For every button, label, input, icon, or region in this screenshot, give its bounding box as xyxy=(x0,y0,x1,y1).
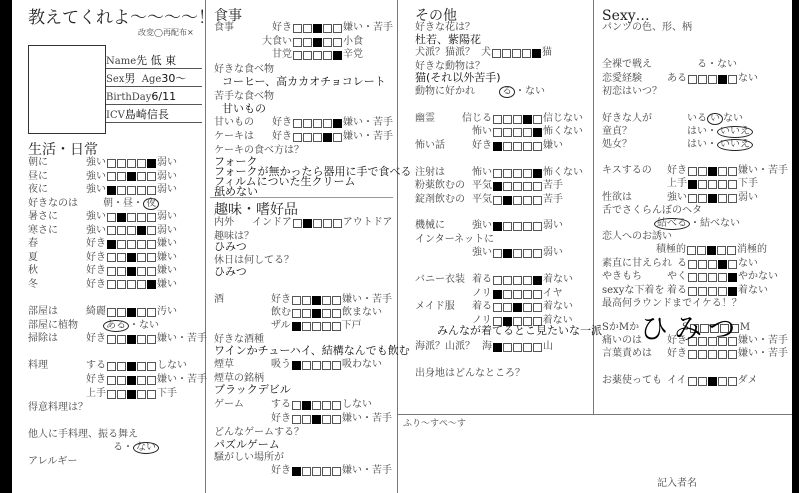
scale-checkbox-2[interactable] xyxy=(302,467,311,476)
scale-checkbox-1[interactable] xyxy=(107,280,116,289)
brand-value: ブラックデビル xyxy=(214,384,291,396)
jealous-label: やきもち xyxy=(602,271,642,283)
scale-checkbox-4[interactable] xyxy=(323,133,332,142)
scale-checkbox-1[interactable] xyxy=(107,308,116,317)
scale-checkbox-2[interactable] xyxy=(117,362,126,371)
scale-checkbox-5[interactable] xyxy=(147,308,156,317)
scale-checkbox-1[interactable] xyxy=(493,290,502,299)
scale-checkbox-1[interactable] xyxy=(107,226,116,235)
option-text: ・結べない xyxy=(690,218,740,229)
honest-label: 素直に甘えられ xyxy=(602,258,672,270)
scale-checkbox-2[interactable] xyxy=(503,276,512,285)
scale-checkbox-1[interactable] xyxy=(493,115,502,124)
scale-checkbox-3[interactable] xyxy=(513,343,522,352)
scale-checkbox-2[interactable] xyxy=(698,273,707,282)
circled-option[interactable]: る xyxy=(499,86,515,98)
scale-checkbox-4[interactable] xyxy=(322,296,331,305)
scale-checkbox-3[interactable] xyxy=(708,273,717,282)
scale-checkbox-2[interactable] xyxy=(503,290,512,299)
scale-checkbox-5[interactable] xyxy=(727,246,736,255)
scale-checkbox-3[interactable] xyxy=(708,194,717,203)
scale-checkbox-5[interactable] xyxy=(728,260,737,269)
scale-checkbox-1[interactable] xyxy=(107,390,116,399)
scale-checkbox-4[interactable] xyxy=(137,159,146,168)
scale-checkbox-5[interactable] xyxy=(333,133,342,142)
scale-checkbox-3[interactable] xyxy=(708,180,717,189)
scale-checkbox-2[interactable] xyxy=(302,415,311,424)
scale-checkbox-1[interactable] xyxy=(688,260,697,269)
scale-checkbox-1[interactable] xyxy=(293,133,302,142)
scale-checkbox-2[interactable] xyxy=(117,172,126,181)
scale-checkbox-4[interactable] xyxy=(523,249,532,258)
scale-checkbox-5[interactable] xyxy=(332,401,341,410)
scale-boxes xyxy=(293,119,342,128)
scale-checkbox-1[interactable] xyxy=(688,180,697,189)
scale-checkbox-5[interactable] xyxy=(147,335,156,344)
scale-checkbox-2[interactable] xyxy=(503,303,512,312)
scale-checkbox-4[interactable] xyxy=(523,128,532,137)
scale-checkbox-2[interactable] xyxy=(117,186,126,195)
scale-checkbox-2[interactable] xyxy=(302,361,311,370)
scale-checkbox-2[interactable] xyxy=(503,343,512,352)
scale-checkbox-5[interactable] xyxy=(728,180,737,189)
scale-checkbox-1[interactable] xyxy=(107,335,116,344)
scale-checkbox-3[interactable] xyxy=(127,362,136,371)
scale-checkbox-4[interactable] xyxy=(137,335,146,344)
cleaning-label: 掃除は xyxy=(28,333,58,345)
circled-option[interactable]: いいえ xyxy=(717,139,753,151)
lingerie-scale: 着る着ない xyxy=(667,285,768,297)
scale-checkbox-4[interactable] xyxy=(322,415,331,424)
scale-checkbox-1[interactable] xyxy=(107,376,116,385)
scale-checkbox-2[interactable] xyxy=(698,180,707,189)
scale-checkbox-5[interactable] xyxy=(728,75,737,84)
scale-checkbox-5[interactable] xyxy=(533,128,542,137)
scale-checkbox-4[interactable] xyxy=(323,24,332,33)
scale-checkbox-3[interactable] xyxy=(312,401,321,410)
scale-checkbox-1[interactable] xyxy=(688,194,697,203)
scale-checkbox-3[interactable] xyxy=(708,377,717,386)
scale-checkbox-4[interactable] xyxy=(523,182,532,191)
scale-checkbox-1[interactable] xyxy=(688,75,697,84)
scale-checkbox-1[interactable] xyxy=(107,213,116,222)
scale-checkbox-1[interactable] xyxy=(107,253,116,262)
scale-checkbox-3[interactable] xyxy=(512,49,521,58)
scale-left-label: 好き xyxy=(667,165,687,177)
scale-checkbox-3[interactable] xyxy=(513,128,522,137)
scale-checkbox-4[interactable] xyxy=(523,196,532,205)
scale-checkbox-2[interactable] xyxy=(302,322,311,331)
scale-checkbox-5[interactable] xyxy=(147,240,156,249)
scale-checkbox-2[interactable] xyxy=(117,335,126,344)
scale-checkbox-1[interactable] xyxy=(688,167,697,176)
scale-checkbox-4[interactable] xyxy=(718,287,727,296)
scale-checkbox-4[interactable] xyxy=(322,401,331,410)
circled-option[interactable]: 夜 xyxy=(143,198,159,210)
circled-option[interactable]: ない xyxy=(133,442,159,454)
scale-checkbox-1[interactable] xyxy=(493,142,502,151)
scale-checkbox-3[interactable] xyxy=(127,172,136,181)
scale-checkbox-3[interactable] xyxy=(127,186,136,195)
scale-checkbox-5[interactable] xyxy=(728,350,737,359)
scale-checkbox-5[interactable] xyxy=(333,24,342,33)
injection-label: 注射は xyxy=(415,167,445,179)
scale-left-label: 好き xyxy=(271,294,291,306)
scale-checkbox-4[interactable] xyxy=(523,290,532,299)
scale-checkbox-1[interactable] xyxy=(688,350,697,359)
scale-checkbox-3[interactable] xyxy=(127,280,136,289)
life-scale: 好き嫌い xyxy=(86,279,177,291)
scale-checkbox-5[interactable] xyxy=(332,467,341,476)
scale-checkbox-2[interactable] xyxy=(698,194,707,203)
scale-checkbox-3[interactable] xyxy=(312,296,321,305)
scale-checkbox-1[interactable] xyxy=(107,172,116,181)
scale-checkbox-5[interactable] xyxy=(332,415,341,424)
scale-checkbox-5[interactable] xyxy=(533,196,542,205)
scale-checkbox-3[interactable] xyxy=(708,287,717,296)
scale-checkbox-1[interactable] xyxy=(293,119,302,128)
scale-checkbox-1[interactable] xyxy=(292,415,301,424)
scale-left-label: 好き xyxy=(271,465,291,477)
scale-checkbox-5[interactable] xyxy=(147,213,156,222)
scale-checkbox-3[interactable] xyxy=(513,142,522,151)
scale-checkbox-4[interactable] xyxy=(718,350,727,359)
scale-checkbox-4[interactable] xyxy=(523,169,532,178)
scale-checkbox-4[interactable] xyxy=(137,226,146,235)
scale-checkbox-5[interactable] xyxy=(332,361,341,370)
scale-checkbox-1[interactable] xyxy=(687,246,696,255)
scale-checkbox-1[interactable] xyxy=(688,273,697,282)
scale-checkbox-3[interactable] xyxy=(127,308,136,317)
scale-checkbox-2[interactable] xyxy=(503,128,512,137)
scale-checkbox-1[interactable] xyxy=(492,49,501,58)
scale-checkbox-3[interactable] xyxy=(513,196,522,205)
scale-checkbox-2[interactable] xyxy=(503,182,512,191)
cooking-scale: 上手下手 xyxy=(86,388,177,400)
scale-checkbox-4[interactable] xyxy=(523,303,532,312)
scale-checkbox-5[interactable] xyxy=(333,38,342,47)
scale-checkbox-4[interactable] xyxy=(137,172,146,181)
scale-boxes xyxy=(292,467,341,476)
scale-boxes xyxy=(293,38,342,47)
scale-checkbox-2[interactable] xyxy=(303,51,312,60)
scale-right-label: 下戸 xyxy=(342,320,362,332)
scale-checkbox-4[interactable] xyxy=(717,246,726,255)
scale-checkbox-1[interactable] xyxy=(493,303,502,312)
scale-checkbox-2[interactable] xyxy=(503,249,512,258)
scale-checkbox-1[interactable] xyxy=(107,240,116,249)
scale-checkbox-3[interactable] xyxy=(708,75,717,84)
scale-checkbox-2[interactable] xyxy=(117,240,126,249)
scale-checkbox-5[interactable] xyxy=(147,253,156,262)
scale-checkbox-5[interactable] xyxy=(533,169,542,178)
scale-checkbox-2[interactable] xyxy=(302,401,311,410)
scale-checkbox-4[interactable] xyxy=(718,75,727,84)
scale-checkbox-2[interactable] xyxy=(117,267,126,276)
scale-checkbox-2[interactable] xyxy=(503,169,512,178)
scale-checkbox-4[interactable] xyxy=(323,51,332,60)
scale-checkbox-2[interactable] xyxy=(502,49,511,58)
scale-checkbox-5[interactable] xyxy=(728,167,737,176)
scale-checkbox-4[interactable] xyxy=(322,361,331,370)
scale-checkbox-3[interactable] xyxy=(708,167,717,176)
scale-checkbox-5[interactable] xyxy=(728,194,737,203)
scale-checkbox-2[interactable] xyxy=(117,280,126,289)
circled-option[interactable]: 結べる xyxy=(654,218,690,230)
scale-right-label: 弱い xyxy=(543,220,563,232)
scale-checkbox-1[interactable] xyxy=(493,182,502,191)
scale-checkbox-4[interactable] xyxy=(137,253,146,262)
scale-checkbox-2[interactable] xyxy=(117,159,126,168)
scale-checkbox-3[interactable] xyxy=(127,226,136,235)
scale-checkbox-1[interactable] xyxy=(293,219,302,228)
scale-checkbox-1[interactable] xyxy=(107,362,116,371)
scale-checkbox-4[interactable] xyxy=(523,115,532,124)
scale-checkbox-2[interactable] xyxy=(503,222,512,231)
circled-option[interactable]: いいえ xyxy=(717,126,753,138)
life-scale: 強い弱い xyxy=(86,171,177,183)
scale-checkbox-4[interactable] xyxy=(137,267,146,276)
scale-checkbox-1[interactable] xyxy=(493,276,502,285)
scale-checkbox-2[interactable] xyxy=(503,142,512,151)
scale-checkbox-3[interactable] xyxy=(513,115,522,124)
scale-checkbox-5[interactable] xyxy=(147,172,156,181)
scale-checkbox-2[interactable] xyxy=(117,390,126,399)
scale-checkbox-3[interactable] xyxy=(313,24,322,33)
scale-checkbox-4[interactable] xyxy=(323,38,332,47)
scale-checkbox-2[interactable] xyxy=(698,75,707,84)
scale-checkbox-5[interactable] xyxy=(728,273,737,282)
scale-checkbox-4[interactable] xyxy=(523,276,532,285)
scale-checkbox-5[interactable] xyxy=(147,376,156,385)
scale-checkbox-5[interactable] xyxy=(332,309,341,318)
scale-checkbox-1[interactable] xyxy=(493,249,502,258)
pants-label: パンツの色、形、柄 xyxy=(602,22,692,34)
scale-checkbox-3[interactable] xyxy=(127,240,136,249)
scale-checkbox-3[interactable] xyxy=(313,38,322,47)
scale-checkbox-2[interactable] xyxy=(698,287,707,296)
scale-left-label: ある xyxy=(667,73,687,85)
scale-checkbox-5[interactable] xyxy=(533,303,542,312)
scale-checkbox-5[interactable] xyxy=(147,226,156,235)
scale-checkbox-1[interactable] xyxy=(293,51,302,60)
scale-left-label: 着る xyxy=(472,301,492,313)
machine-scale: 強い弱い xyxy=(472,220,563,232)
scale-checkbox-3[interactable] xyxy=(312,415,321,424)
scale-checkbox-2[interactable] xyxy=(117,308,126,317)
scale-checkbox-2[interactable] xyxy=(117,253,126,262)
scale-checkbox-5[interactable] xyxy=(333,219,342,228)
scale-checkbox-3[interactable] xyxy=(313,51,322,60)
scale-checkbox-4[interactable] xyxy=(137,308,146,317)
scale-checkbox-1[interactable] xyxy=(107,159,116,168)
scale-checkbox-5[interactable] xyxy=(147,362,156,371)
scale-checkbox-3[interactable] xyxy=(127,267,136,276)
scale-checkbox-2[interactable] xyxy=(698,167,707,176)
scale-checkbox-4[interactable] xyxy=(718,167,727,176)
scale-checkbox-5[interactable] xyxy=(533,249,542,258)
scale-checkbox-4[interactable] xyxy=(323,119,332,128)
scale-checkbox-1[interactable] xyxy=(292,401,301,410)
scale-checkbox-5[interactable] xyxy=(533,290,542,299)
scale-checkbox-3[interactable] xyxy=(313,219,322,228)
scale-checkbox-5[interactable] xyxy=(728,377,737,386)
scale-checkbox-1[interactable] xyxy=(493,196,502,205)
scale-checkbox-2[interactable] xyxy=(302,309,311,318)
icv-value: 島崎信長 xyxy=(125,108,169,121)
scale-checkbox-4[interactable] xyxy=(137,280,146,289)
favorite-time-label: 好きなのは xyxy=(28,198,78,210)
scale-checkbox-1[interactable] xyxy=(493,343,502,352)
scale-checkbox-1[interactable] xyxy=(292,361,301,370)
scale-checkbox-4[interactable] xyxy=(522,49,531,58)
scale-checkbox-2[interactable] xyxy=(302,296,311,305)
scale-right-label: 嫌い・苦手 xyxy=(157,333,207,345)
scale-checkbox-4[interactable] xyxy=(718,194,727,203)
scale-checkbox-3[interactable] xyxy=(312,322,321,331)
scale-checkbox-5[interactable] xyxy=(332,322,341,331)
option-text: ない xyxy=(723,113,743,124)
scale-checkbox-4[interactable] xyxy=(523,222,532,231)
scale-checkbox-4[interactable] xyxy=(718,273,727,282)
scale-checkbox-3[interactable] xyxy=(513,303,522,312)
scale-checkbox-1[interactable] xyxy=(493,128,502,137)
holiday-value: ひみつ xyxy=(214,266,247,278)
scale-checkbox-2[interactable] xyxy=(117,213,126,222)
scale-checkbox-1[interactable] xyxy=(293,24,302,33)
scale-checkbox-3[interactable] xyxy=(127,335,136,344)
drugs-label: お薬使っても xyxy=(602,375,662,387)
scale-checkbox-3[interactable] xyxy=(513,290,522,299)
scale-checkbox-5[interactable] xyxy=(532,49,541,58)
food-scale: 甘党辛党 xyxy=(272,49,363,61)
scale-checkbox-3[interactable] xyxy=(127,159,136,168)
scale-checkbox-1[interactable] xyxy=(292,467,301,476)
scale-checkbox-4[interactable] xyxy=(137,213,146,222)
first-love-label: 初恋はいつ？ xyxy=(602,86,662,98)
scale-checkbox-3[interactable] xyxy=(312,361,321,370)
scale-checkbox-3[interactable] xyxy=(513,222,522,231)
scale-checkbox-2[interactable] xyxy=(303,24,312,33)
scale-checkbox-1[interactable] xyxy=(292,322,301,331)
scale-checkbox-2[interactable] xyxy=(698,377,707,386)
scale-checkbox-1[interactable] xyxy=(293,38,302,47)
scale-checkbox-5[interactable] xyxy=(333,51,342,60)
scale-checkbox-3[interactable] xyxy=(513,182,522,191)
scale-checkbox-5[interactable] xyxy=(147,280,156,289)
scale-checkbox-3[interactable] xyxy=(127,390,136,399)
scale-checkbox-2[interactable] xyxy=(303,219,312,228)
scale-checkbox-1[interactable] xyxy=(292,296,301,305)
scale-checkbox-5[interactable] xyxy=(533,142,542,151)
scale-checkbox-4[interactable] xyxy=(137,376,146,385)
invite-scale: 積極的消極的 xyxy=(656,244,767,256)
scale-checkbox-5[interactable] xyxy=(147,267,156,276)
scale-checkbox-3[interactable] xyxy=(312,309,321,318)
scale-checkbox-2[interactable] xyxy=(303,133,312,142)
scale-checkbox-3[interactable] xyxy=(312,467,321,476)
scale-checkbox-2[interactable] xyxy=(303,38,312,47)
scale-checkbox-1[interactable] xyxy=(688,377,697,386)
scale-checkbox-3[interactable] xyxy=(513,249,522,258)
scale-checkbox-2[interactable] xyxy=(698,260,707,269)
scale-checkbox-2[interactable] xyxy=(503,115,512,124)
scale-checkbox-4[interactable] xyxy=(523,343,532,352)
scale-checkbox-3[interactable] xyxy=(708,350,717,359)
scale-checkbox-5[interactable] xyxy=(147,390,156,399)
scale-checkbox-3[interactable] xyxy=(513,276,522,285)
free-space-top-border xyxy=(397,414,792,415)
scale-checkbox-3[interactable] xyxy=(513,169,522,178)
scale-checkbox-1[interactable] xyxy=(493,222,502,231)
scale-checkbox-5[interactable] xyxy=(533,276,542,285)
scale-left-label: 好き xyxy=(86,374,106,386)
scale-checkbox-4[interactable] xyxy=(137,362,146,371)
scale-checkbox-4[interactable] xyxy=(137,390,146,399)
scale-checkbox-2[interactable] xyxy=(698,350,707,359)
scale-checkbox-3[interactable] xyxy=(127,376,136,385)
scale-checkbox-2[interactable] xyxy=(503,196,512,205)
jealous-scale: やくやかない xyxy=(667,271,778,283)
scale-checkbox-2[interactable] xyxy=(697,246,706,255)
life-scale: 強い弱い xyxy=(86,211,177,223)
scale-checkbox-4[interactable] xyxy=(322,309,331,318)
scale-checkbox-3[interactable] xyxy=(313,133,322,142)
scale-checkbox-4[interactable] xyxy=(137,240,146,249)
scale-checkbox-5[interactable] xyxy=(147,186,156,195)
circled-option[interactable]: ある xyxy=(103,320,129,332)
scale-checkbox-1[interactable] xyxy=(688,287,697,296)
powder-scale: 平気苦手 xyxy=(472,180,563,192)
scale-checkbox-3[interactable] xyxy=(127,253,136,262)
scale-checkbox-2[interactable] xyxy=(303,119,312,128)
scale-right-label: 苦手 xyxy=(543,194,563,206)
scale-checkbox-4[interactable] xyxy=(323,219,332,228)
favorite-time-options: 朝・昼・夜 xyxy=(103,198,159,210)
scale-checkbox-2[interactable] xyxy=(117,376,126,385)
scale-checkbox-4[interactable] xyxy=(322,322,331,331)
scale-right-label: 弱い xyxy=(157,171,177,183)
scale-checkbox-3[interactable] xyxy=(313,119,322,128)
scale-checkbox-4[interactable] xyxy=(718,180,727,189)
scale-checkbox-4[interactable] xyxy=(523,142,532,151)
scale-checkbox-1[interactable] xyxy=(107,267,116,276)
scale-checkbox-4[interactable] xyxy=(718,260,727,269)
circled-option[interactable]: い xyxy=(707,113,723,125)
scale-checkbox-5[interactable] xyxy=(533,343,542,352)
scale-checkbox-3[interactable] xyxy=(707,246,716,255)
scale-checkbox-5[interactable] xyxy=(332,296,341,305)
scale-checkbox-5[interactable] xyxy=(533,222,542,231)
scale-checkbox-5[interactable] xyxy=(333,119,342,128)
scale-checkbox-3[interactable] xyxy=(708,260,717,269)
scale-checkbox-5[interactable] xyxy=(728,287,737,296)
scale-left-label: 平気 xyxy=(472,194,492,206)
indoor-label: 内外 xyxy=(214,217,234,229)
scale-checkbox-2[interactable] xyxy=(117,226,126,235)
scale-checkbox-4[interactable] xyxy=(137,186,146,195)
scale-checkbox-5[interactable] xyxy=(533,182,542,191)
scale-checkbox-4[interactable] xyxy=(322,467,331,476)
scale-checkbox-3[interactable] xyxy=(127,213,136,222)
scale-checkbox-1[interactable] xyxy=(493,169,502,178)
scale-checkbox-4[interactable] xyxy=(718,377,727,386)
scale-checkbox-5[interactable] xyxy=(533,115,542,124)
scale-checkbox-1[interactable] xyxy=(292,309,301,318)
scale-checkbox-5[interactable] xyxy=(147,159,156,168)
scale-checkbox-1[interactable] xyxy=(107,186,116,195)
seamount-scale: 海山 xyxy=(482,341,553,353)
